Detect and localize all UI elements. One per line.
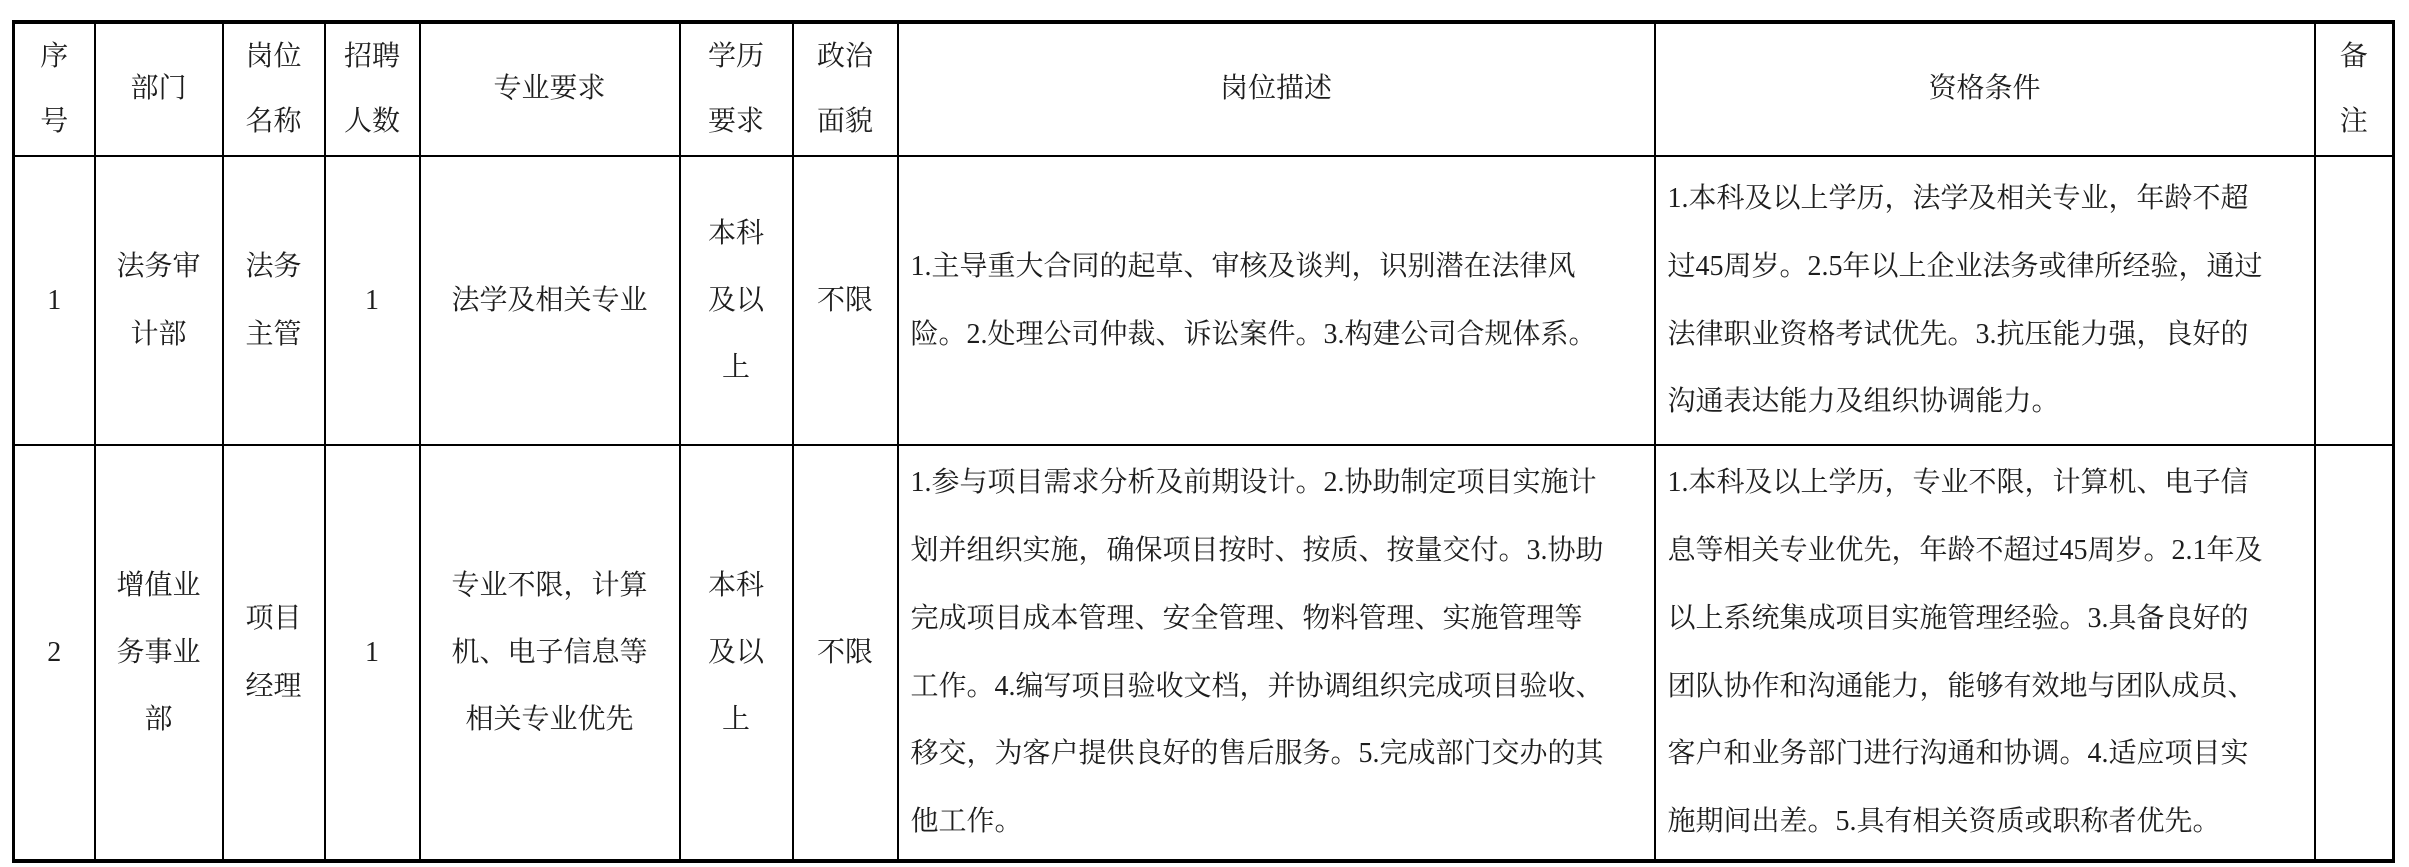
cell-headcount: 1 xyxy=(325,445,420,861)
col-header-description: 岗位描述 xyxy=(898,22,1655,156)
col-header-department: 部门 xyxy=(95,22,223,156)
job-table: 序 号 部门 岗位 名称 招聘 人数 专业要求 学历 要求 政治 面貌 岗位描述… xyxy=(12,20,2395,863)
cell-major: 法学及相关专业 xyxy=(420,156,680,445)
cell-description: 1.参与项目需求分析及前期设计。2.协助制定项目实施计 划并组织实施，确保项目按… xyxy=(898,445,1655,861)
col-header-index: 序 号 xyxy=(14,22,95,156)
col-header-education: 学历 要求 xyxy=(680,22,793,156)
cell-political: 不限 xyxy=(793,156,898,445)
cell-department: 增值业 务事业 部 xyxy=(95,445,223,861)
cell-major: 专业不限，计算 机、电子信息等 相关专业优先 xyxy=(420,445,680,861)
col-header-headcount: 招聘 人数 xyxy=(325,22,420,156)
cell-education: 本科 及以 上 xyxy=(680,156,793,445)
cell-remark xyxy=(2315,445,2394,861)
cell-remark xyxy=(2315,156,2394,445)
col-header-position: 岗位 名称 xyxy=(223,22,325,156)
cell-department: 法务审 计部 xyxy=(95,156,223,445)
col-header-major: 专业要求 xyxy=(420,22,680,156)
col-header-remark: 备 注 xyxy=(2315,22,2394,156)
cell-qualification: 1.本科及以上学历，专业不限，计算机、电子信 息等相关专业优先，年龄不超过45周… xyxy=(1655,445,2315,861)
cell-index: 1 xyxy=(14,156,95,445)
col-header-qualification: 资格条件 xyxy=(1655,22,2315,156)
cell-qualification: 1.本科及以上学历，法学及相关专业，年龄不超 过45周岁。2.5年以上企业法务或… xyxy=(1655,156,2315,445)
cell-education: 本科 及以 上 xyxy=(680,445,793,861)
cell-position: 法务 主管 xyxy=(223,156,325,445)
col-header-political: 政治 面貌 xyxy=(793,22,898,156)
job-row-legal-supervisor: 1 法务审 计部 法务 主管 1 法学及相关专业 本科 及以 上 不限 1.主导… xyxy=(14,156,2394,445)
cell-political: 不限 xyxy=(793,445,898,861)
header-row: 序 号 部门 岗位 名称 招聘 人数 专业要求 学历 要求 政治 面貌 岗位描述… xyxy=(14,22,2394,156)
cell-headcount: 1 xyxy=(325,156,420,445)
cell-index: 2 xyxy=(14,445,95,861)
cell-description: 1.主导重大合同的起草、审核及谈判，识别潜在法律风 险。2.处理公司仲裁、诉讼案… xyxy=(898,156,1655,445)
job-row-project-manager: 2 增值业 务事业 部 项目 经理 1 专业不限，计算 机、电子信息等 相关专业… xyxy=(14,445,2394,861)
cell-position: 项目 经理 xyxy=(223,445,325,861)
